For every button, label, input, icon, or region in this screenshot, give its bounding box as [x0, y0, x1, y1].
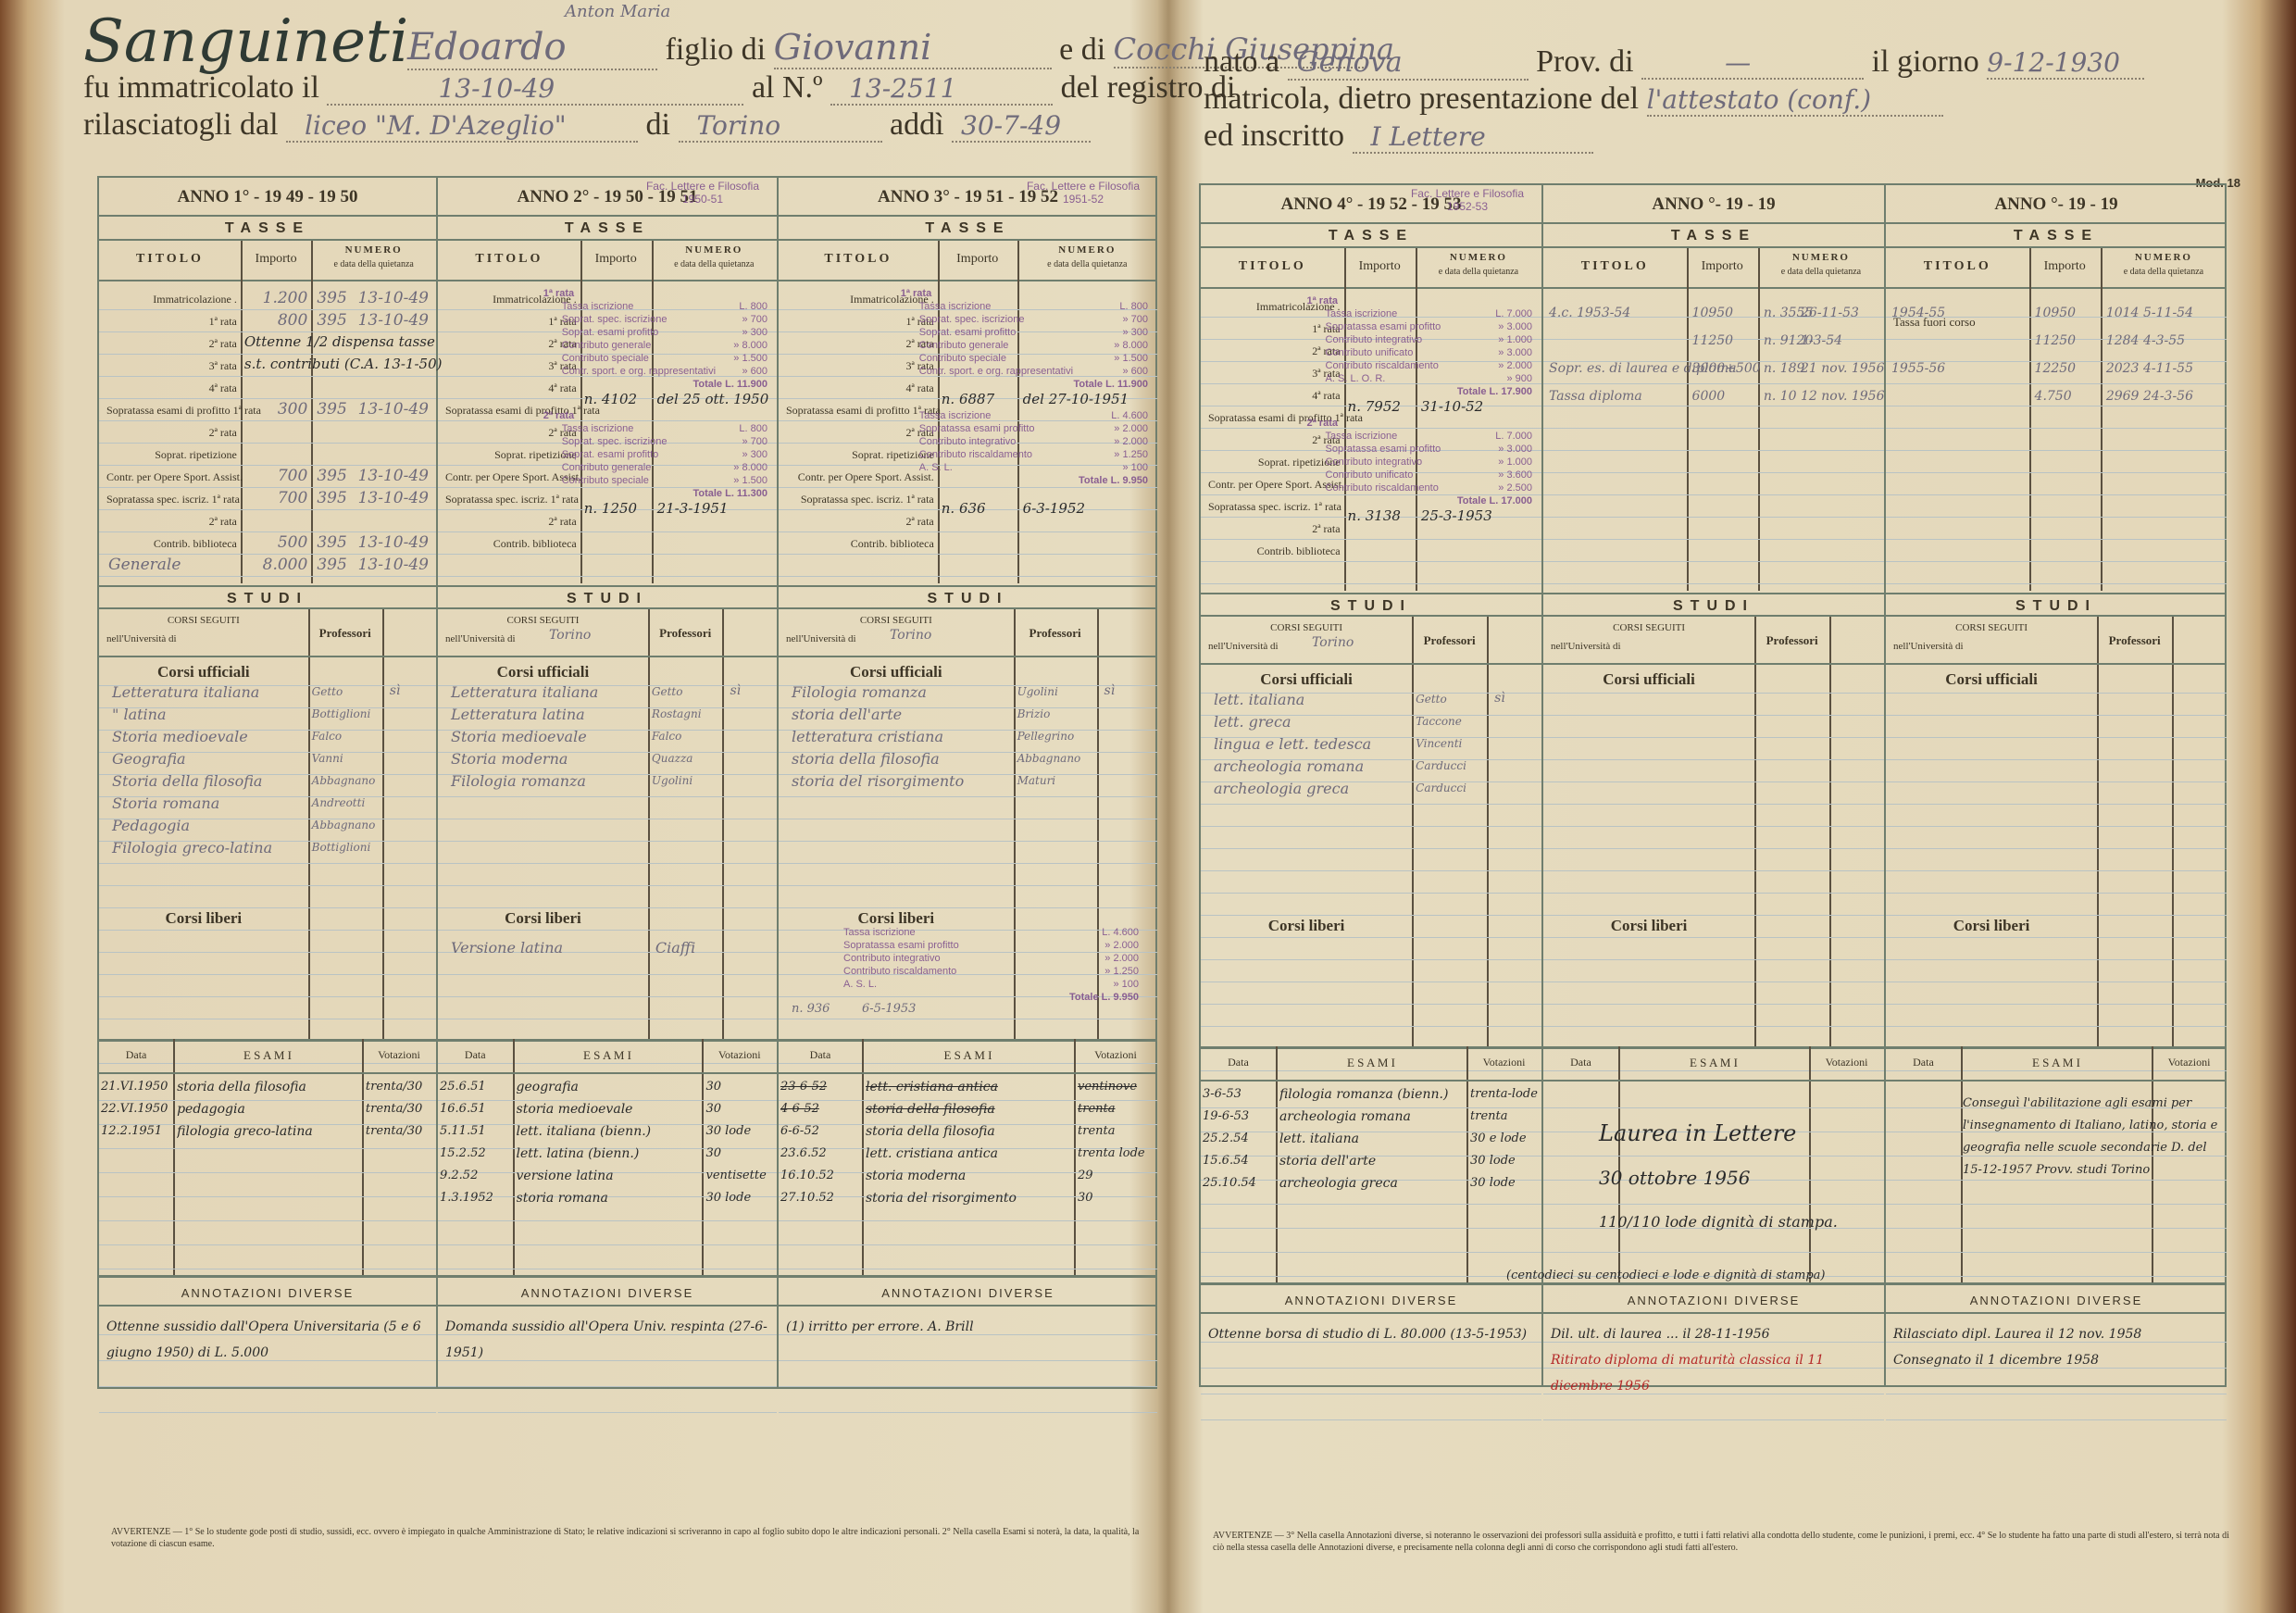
ruled-line — [1543, 472, 1884, 473]
stamp-line-label: Sopratassa esami profitto — [843, 939, 959, 952]
data-header: Data — [99, 1048, 173, 1062]
tax-date: 13-10-49 — [358, 533, 429, 552]
tax-numero: 395 — [317, 311, 346, 330]
year-6-column: ANNO °- 19 - 19TASSETITOLOImportoNUMEROe… — [1886, 185, 2227, 1385]
esami-divider — [362, 1039, 364, 1275]
inscription-line: ed inscritto I Lettere — [1204, 119, 1593, 154]
corso-professore: Abbagnano — [1017, 752, 1081, 765]
votazioni-header: Votazioni — [1809, 1056, 1884, 1069]
exam-date: 23.6.52 — [780, 1146, 860, 1160]
corso-ufficiale: Letteratura italiana — [451, 683, 598, 701]
professori-header: Professori — [2097, 633, 2172, 648]
ruled-line — [1886, 937, 2227, 938]
ruled-line — [438, 863, 777, 864]
stamp-total: Totale L. 17.900 — [1307, 385, 1532, 398]
exam-name: filologia romanza (bienn.) — [1279, 1087, 1465, 1102]
corso-professore: Carducci — [1416, 781, 1466, 794]
votazioni-header: Votazioni — [1466, 1056, 1541, 1069]
ruled-line — [1543, 1419, 1884, 1420]
stamp-line: Sopratassa esami profitto» 2.000 — [843, 939, 1139, 952]
stamp-line: A. S. L. O. R.» 900 — [1307, 372, 1532, 385]
fuori-corso-numero: n. 10 — [1764, 389, 1797, 404]
year-3-column: ANNO 3° - 19 51 - 19 52Fac. Lettere e Fi… — [779, 178, 1157, 1387]
birth-line: nato a Genova Prov. di — il giorno 9-12-… — [1204, 44, 2144, 81]
ruled-line — [1543, 1026, 1884, 1027]
exam-grade: 30 — [705, 1146, 721, 1160]
ruled-line — [1543, 383, 1884, 384]
corsi-liberi-label: Corsi liberi — [1543, 917, 1754, 935]
ruled-line — [1543, 893, 1884, 894]
stamp-line-label: Contributo riscaldamento — [1326, 481, 1439, 494]
tax-date: 13-10-49 — [358, 289, 429, 307]
corsi-ufficiali-label: Corsi ufficiali — [438, 663, 648, 681]
stamp-line-value: » 1.000 — [1498, 456, 1532, 469]
year-title: ANNO 1° - 19 49 - 19 50 — [99, 178, 436, 217]
corso-professore: Abbagnano — [312, 774, 376, 787]
tax-header: TITOLOImportoNUMEROe data della quietanz… — [99, 241, 436, 281]
stamp-line-label: Contributo speciale — [919, 352, 1006, 365]
given-name: EdoardoAnton Maria — [407, 26, 657, 70]
ruled-line — [438, 531, 777, 532]
ruled-line — [1201, 1107, 1541, 1108]
exam-grade: trenta-lode — [1470, 1087, 1538, 1101]
ruled-line — [438, 1386, 777, 1387]
ruled-line — [1201, 1419, 1541, 1420]
abilitazione-note: Conseguì l'abilitazione agli esami per l… — [1963, 1093, 2219, 1182]
importo-header: Importo — [2029, 259, 2101, 274]
footnote-right: AVVERTENZE — 3° Nella casella Annotazion… — [1213, 1530, 2231, 1554]
fuori-corso-data: 24-3-56 — [2143, 389, 2193, 404]
corso-ufficiale: Geografia — [112, 750, 186, 768]
fuori-corso-numero: n. 189 — [1764, 361, 1805, 376]
exam-name: versione latina — [517, 1169, 701, 1183]
ruled-line — [1201, 804, 1541, 805]
exam-grade: trenta — [1078, 1124, 1115, 1138]
tasse-heading: TASSE — [1886, 224, 2227, 248]
stamp-line: Contributo generale» 8.000 — [901, 339, 1148, 352]
data-header: Data — [1201, 1056, 1276, 1069]
importo-header: Importo — [1687, 259, 1758, 274]
studi-header-line — [1201, 663, 1541, 665]
ruled-line — [779, 863, 1157, 864]
exam-date: 27.10.52 — [780, 1191, 860, 1205]
diligenza-mark: sì — [730, 683, 741, 698]
numero-subheader: e data della quietanza — [311, 259, 436, 269]
corsi-ufficiali-label: Corsi ufficiali — [99, 663, 308, 681]
ruled-line — [1886, 383, 2227, 384]
professori-header: Professori — [1412, 633, 1487, 648]
tax-numero: 395 — [317, 533, 346, 552]
ruled-line — [779, 1100, 1157, 1101]
stamp-line: Contributo riscaldamento» 1.250 — [843, 965, 1139, 978]
ruled-line — [99, 398, 436, 399]
ruled-line — [1543, 804, 1884, 805]
tax-numero: s.t. contributi (C.A. 13-1-50) — [244, 356, 443, 372]
corso-professore: Carducci — [1416, 759, 1466, 772]
tax-row-label: Contrib. biblioteca — [106, 537, 237, 551]
receipt-number: n. 3138 — [1348, 507, 1401, 524]
stamp-total: Totale L. 17.000 — [1307, 494, 1532, 507]
stamp-line: Contributo riscaldamento» 2.500 — [1307, 481, 1532, 494]
tax-stamp: 2ª rataTassa iscrizioneL. 800Soprat. spe… — [543, 409, 767, 500]
ruled-line — [99, 465, 436, 466]
tax-row-label: Contrib. biblioteca — [445, 537, 577, 551]
fuori-corso-titolo: Tassa diploma — [1549, 389, 1642, 404]
stamp-total: Totale L. 11.300 — [543, 487, 767, 500]
fuori-corso-data: 4-3-55 — [2143, 333, 2185, 348]
ruled-line — [438, 1220, 777, 1221]
fuori-corso-importo: 11250 — [2035, 333, 2077, 348]
corso-professore: Falco — [312, 730, 342, 743]
stamp-line: Contributo speciale» 1.500 — [543, 474, 767, 487]
stamp-line: Contributo riscaldamento» 1.250 — [901, 448, 1148, 461]
numero-header: NUMERO — [1017, 244, 1157, 256]
stamp-line: Contributo integrativo» 1.000 — [1307, 333, 1532, 346]
stamp-line-label: Soprat. spec. iscrizione — [919, 313, 1025, 326]
corso-libero-professore: Ciaffi — [655, 939, 695, 957]
exam-date: 15.2.52 — [440, 1146, 511, 1160]
ruled-line — [99, 1172, 436, 1173]
corso-ufficiale: storia della filosofia — [792, 750, 940, 768]
exam-date: 23-6-52 — [780, 1080, 860, 1094]
esami-divider — [173, 1039, 175, 1275]
stamp-line: Soprat. esami profitto» 300 — [543, 326, 767, 339]
ruled-line — [1543, 583, 1884, 584]
corsi-ufficiali-label: Corsi ufficiali — [1886, 670, 2097, 689]
ruled-line — [99, 1386, 436, 1387]
titolo-header: TITOLO — [1543, 259, 1687, 274]
studi-heading: STUDI — [99, 585, 436, 609]
studi-header-line — [438, 656, 777, 657]
receipt-number: n. 4102 — [584, 391, 637, 407]
studi-header-line — [1886, 663, 2227, 665]
ruled-line — [1886, 1026, 2227, 1027]
esami-divider — [513, 1039, 515, 1275]
esami-divider — [862, 1039, 864, 1275]
ruled-line — [1201, 1276, 1541, 1277]
diligenza-mark: sì — [1104, 683, 1116, 698]
ruled-line — [1543, 1107, 1884, 1108]
right-register-grid: ANNO 4° - 19 52 - 19 53Fac. Lettere e Fi… — [1199, 183, 2227, 1387]
tax-extra-importo: 8.000 — [246, 556, 307, 574]
ruled-line — [1201, 1368, 1541, 1369]
esami-header-line — [1543, 1080, 1884, 1082]
receipt-date: del 25 ott. 1950 — [657, 391, 769, 407]
ruled-line — [1543, 870, 1884, 871]
tax-date: 13-10-49 — [358, 400, 429, 419]
corsi-ufficiali-label: Corsi ufficiali — [779, 663, 1014, 681]
data-header: Data — [438, 1048, 513, 1062]
ruled-line — [1201, 1070, 1541, 1071]
studi-heading: STUDI — [1886, 593, 2227, 617]
fuori-corso-data: 21 nov. 1956 — [1801, 361, 1885, 376]
faculty-stamp: Fac. Lettere e Filosofia 1952-53 — [1403, 187, 1532, 213]
corso-professore: Andreotti — [312, 796, 366, 809]
stamp-line: Sopratassa esami profitto» 3.000 — [1307, 443, 1532, 456]
ruled-line — [99, 974, 436, 975]
university-name: Torino — [1312, 635, 1354, 650]
corso-ufficiale: Letteratura latina — [451, 706, 585, 723]
stamp-line-value: » 1.500 — [733, 474, 767, 487]
esami-top-line — [99, 1039, 436, 1042]
corso-professore: Pellegrino — [1017, 730, 1075, 743]
stamp-line: Tassa iscrizioneL. 4.600 — [843, 926, 1139, 939]
corso-ufficiale: Storia romana — [112, 794, 219, 812]
esami-divider — [1618, 1046, 1620, 1282]
fuori-corso-numero: 1014 — [2106, 306, 2140, 320]
corso-professore: Getto — [312, 685, 343, 698]
stamp-line: Tassa iscrizioneL. 800 — [543, 300, 767, 313]
ruled-line — [1886, 1070, 2227, 1071]
receipt-date: del 27-10-1951 — [1023, 391, 1129, 407]
ruled-line — [99, 863, 436, 864]
ruled-line — [1886, 848, 2227, 849]
corso-ufficiale: lett. italiana — [1214, 691, 1304, 708]
tax-row-label: Contrib. biblioteca — [1208, 544, 1341, 558]
stamp-line-value: » 3.000 — [1498, 346, 1532, 359]
receipt-date: 6-3-1952 — [1023, 500, 1085, 517]
stamp-line-value: » 300 — [742, 448, 767, 461]
stamp-total: Totale L. 11.900 — [543, 378, 767, 391]
annotazioni-heading: ANNOTAZIONI DIVERSE — [1201, 1282, 1541, 1314]
esami-divider — [1276, 1046, 1278, 1282]
stamp-heading: 1ª rata — [1307, 294, 1532, 307]
stamp-line: Contr. sport. e org. rappresentativi» 60… — [543, 365, 767, 378]
ruled-line — [1886, 781, 2227, 782]
left-page: Sanguineti EdoardoAnton Maria figlio di … — [56, 0, 1157, 1613]
stamp-line-label: Tassa iscrizione — [843, 926, 916, 939]
exam-grade: 30 — [1078, 1191, 1093, 1205]
fuori-corso-importo: 10950 — [1692, 306, 1734, 320]
ruled-line — [779, 1019, 1157, 1019]
ruled-line — [438, 1019, 777, 1019]
ruled-line — [1886, 450, 2227, 451]
e-di-label: e di — [1059, 32, 1105, 67]
ruled-line — [1543, 1004, 1884, 1005]
ruled-line — [1886, 428, 2227, 429]
stamp-line-value: » 8.000 — [733, 339, 767, 352]
stamp-line-label: A. S. L. O. R. — [1326, 372, 1386, 385]
fuori-corso-importo: 6000 — [1692, 389, 1726, 404]
exam-name: storia romana — [517, 1191, 701, 1206]
stamp-line-label: Contributo riscaldamento — [1326, 359, 1439, 372]
ruled-line — [779, 1360, 1157, 1361]
stamp-line-label: Soprat. spec. iscrizione — [562, 435, 668, 448]
esami-divider — [1809, 1046, 1811, 1282]
exam-grade: 30 — [705, 1102, 721, 1116]
exam-date: 6-6-52 — [780, 1124, 860, 1138]
stamp-line-label: Contr. sport. e org. rappresentativi — [562, 365, 716, 378]
tax-header: TITOLOImportoNUMEROe data della quietanz… — [1543, 248, 1884, 289]
corso-ufficiale: Storia moderna — [451, 750, 568, 768]
tax-row-label: 2ª rata — [445, 515, 577, 529]
exam-grade: trenta/30 — [366, 1124, 422, 1138]
stamp-line-value: » 8.000 — [1114, 339, 1148, 352]
exam-grade: ventinove — [1078, 1080, 1137, 1094]
corso-ufficiale: lingua e lett. tedesca — [1214, 735, 1371, 753]
ruled-line — [779, 819, 1157, 819]
corsi-seguiti-label: CORSI SEGUITI — [779, 615, 1014, 626]
stamp-line-value: L. 7.000 — [1495, 307, 1532, 320]
numero-header: NUMERO — [1416, 252, 1541, 263]
tax-header: TITOLOImportoNUMEROe data della quietanz… — [1886, 248, 2227, 289]
corso-professore: Bottiglioni — [312, 841, 371, 854]
stamp-line: Soprat. esami profitto» 300 — [543, 448, 767, 461]
exam-date: 1.3.1952 — [440, 1191, 511, 1205]
diligenza-mark: sì — [390, 683, 401, 698]
school-city: Torino — [679, 110, 882, 143]
votazioni-header: Votazioni — [2152, 1056, 2227, 1069]
stamp-line-value: » 100 — [1113, 978, 1139, 991]
ruled-line — [1886, 870, 2227, 871]
titolo-header: TITOLO — [1886, 259, 2029, 274]
numero-header: NUMERO — [311, 244, 436, 256]
studi-header-line — [1543, 663, 1884, 665]
annotazioni-heading: ANNOTAZIONI DIVERSE — [99, 1275, 436, 1307]
corso-ufficiale: Pedagogia — [112, 817, 190, 834]
stamp-line-value: » 700 — [742, 313, 767, 326]
receipt-date: 31-10-52 — [1421, 398, 1483, 415]
ruled-line — [1543, 937, 1884, 938]
numero-subheader: e data della quietanza — [1416, 267, 1541, 277]
father-name: Giovanni — [774, 27, 1052, 69]
laurea-line4: (centodieci su centodieci e lode e digni… — [1506, 1269, 1825, 1282]
stamp-line-value: » 2.000 — [1114, 422, 1148, 435]
ruled-line — [1201, 1252, 1541, 1253]
laurea-line1: Laurea in Lettere — [1599, 1120, 1796, 1146]
tax-extra-date: 13-10-49 — [358, 556, 429, 574]
fuori-corso-data: 4-11-55 — [2143, 361, 2193, 376]
stamp-line-label: Soprat. spec. iscrizione — [562, 313, 668, 326]
annotazione-text: (1) irritto per errore. A. Brill — [786, 1314, 1150, 1340]
tax-importo: 1.200 — [246, 289, 307, 307]
tax-row-label: Immatricolazione . — [106, 293, 237, 306]
ruled-line — [99, 885, 436, 886]
tax-stamp: Tassa iscrizioneL. 4.600Sopratassa esami… — [843, 926, 1139, 1004]
tax-row-label: Sopratassa spec. iscriz. 1ª rata — [106, 493, 237, 506]
stamp-line-label: Tassa iscrizione — [562, 422, 634, 435]
fuori-corso-numero: 2023 — [2106, 361, 2140, 376]
fuori-corso-data: 1-3-54 — [1801, 333, 1842, 348]
stamp-line-label: Contributo integrativo — [919, 435, 1017, 448]
ruled-line — [438, 554, 777, 555]
stamp-line: Sopratassa esami profitto» 2.000 — [901, 422, 1148, 435]
corso-professore: Ugolini — [1017, 685, 1058, 698]
votazioni-header: Votazioni — [702, 1048, 777, 1062]
fuori-corso-titolo: 4.c. 1953-54 — [1549, 306, 1630, 320]
stamp-line-label: Soprat. esami profitto — [562, 448, 659, 461]
studi-header-line — [99, 656, 436, 657]
ruled-line — [1201, 893, 1541, 894]
ruled-line — [779, 1269, 1157, 1269]
ruled-line — [1543, 494, 1884, 495]
ruled-line — [1543, 1070, 1884, 1071]
stamp-line: Soprat. spec. iscrizione» 700 — [901, 313, 1148, 326]
annotazioni-heading: ANNOTAZIONI DIVERSE — [1886, 1282, 2227, 1314]
exam-date: 9.2.52 — [440, 1169, 511, 1182]
esami-header-line — [1201, 1080, 1541, 1082]
surname: Sanguineti — [83, 7, 408, 76]
stamp-line: Contributo integrativo» 2.000 — [901, 435, 1148, 448]
ruled-line — [99, 996, 436, 997]
stamp-heading: 2ª rata — [1307, 417, 1532, 430]
corso-ufficiale: Storia della filosofia — [112, 772, 262, 790]
exam-grade: 29 — [1078, 1169, 1093, 1182]
ruled-line — [1886, 583, 2227, 584]
annotazione-text: Domanda sussidio all'Opera Univ. respint… — [445, 1314, 769, 1366]
ruled-line — [99, 1244, 436, 1245]
ruled-line — [1543, 450, 1884, 451]
tax-stamp: 1ª rataTassa iscrizioneL. 800Soprat. spe… — [901, 287, 1148, 391]
stamp-line-value: » 1.500 — [733, 352, 767, 365]
tax-row-label: Contrib. biblioteca — [786, 537, 934, 551]
exam-date: 4-6-52 — [780, 1102, 860, 1116]
esami-header: E S A M I — [1961, 1056, 2152, 1070]
tax-numero: 395 — [317, 400, 346, 419]
ruled-line — [1543, 759, 1884, 760]
ruled-line — [779, 796, 1157, 797]
receipt-date: 25-3-1953 — [1421, 507, 1492, 524]
exam-name: storia moderna — [866, 1169, 1072, 1183]
tax-row-label: 4ª rata — [106, 381, 237, 395]
corsi-seguiti-label: CORSI SEGUITI — [1886, 622, 2097, 633]
ruled-line — [99, 509, 436, 510]
studi-header-line — [779, 656, 1157, 657]
exam-name: geografia — [517, 1080, 701, 1094]
corso-ufficiale: Storia medioevale — [451, 728, 587, 745]
tax-row-label: Soprat. ripetizione — [106, 448, 237, 462]
ruled-line — [438, 885, 777, 886]
tax-row-label: Sopratassa spec. iscriz. 1ª rata — [786, 493, 934, 506]
exam-name: storia medioevale — [517, 1102, 701, 1117]
ruled-line — [1886, 561, 2227, 562]
tax-row-label: 1ª rata — [106, 315, 237, 329]
tax-date: 13-10-49 — [358, 489, 429, 507]
ruled-line — [99, 487, 436, 488]
fuori-corso-numero: 1284 — [2106, 333, 2140, 348]
ruled-line — [438, 930, 777, 931]
ruled-line — [438, 1269, 777, 1269]
tax-date: 13-10-49 — [358, 467, 429, 485]
ruled-line — [779, 531, 1157, 532]
stamp-line-value: » 2.000 — [1104, 939, 1139, 952]
votazioni-header: Votazioni — [362, 1048, 436, 1062]
esami-top-line — [1201, 1046, 1541, 1049]
corsi-ufficiali-label: Corsi ufficiali — [1543, 670, 1754, 689]
exam-grade: 30 lode — [705, 1191, 751, 1205]
diligenza-mark: sì — [1494, 691, 1505, 706]
year-2-column: ANNO 2° - 19 50 - 19 51Fac. Lettere e Fi… — [438, 178, 779, 1387]
exam-name: lett. cristiana antica — [866, 1146, 1072, 1161]
ruled-line — [1543, 406, 1884, 406]
fuori-corso-anno: 1955-56 — [1891, 361, 1945, 376]
esami-header-line — [99, 1072, 436, 1074]
ruled-line — [99, 952, 436, 953]
tasse-heading: TASSE — [438, 217, 777, 241]
left-register-grid: ANNO 1° - 19 49 - 19 50TASSETITOLOImport… — [97, 176, 1157, 1389]
corsi-liberi-label: Corsi liberi — [1886, 917, 2097, 935]
corso-ufficiale: archeologia greca — [1214, 780, 1349, 797]
stamp-line: Tassa iscrizioneL. 7.000 — [1307, 430, 1532, 443]
universita-label: nell'Università di — [1208, 641, 1279, 652]
corsi-liberi-label: Corsi liberi — [779, 909, 1014, 928]
ruled-line — [99, 1100, 436, 1101]
importo-header: Importo — [241, 252, 311, 267]
numero-subheader: e data della quietanza — [2101, 267, 2227, 277]
year-title: ANNO °- 19 - 19 — [1543, 185, 1884, 224]
ruled-line — [1543, 715, 1884, 716]
corsi-seguiti-label: CORSI SEGUITI — [1201, 622, 1412, 633]
